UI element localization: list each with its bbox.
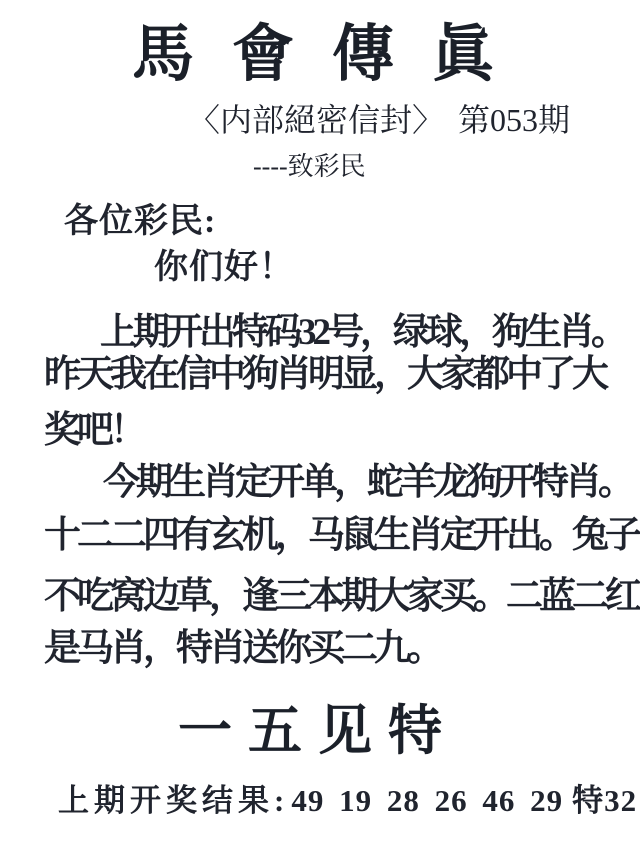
highlight-phrase: 一五见特 bbox=[178, 704, 458, 758]
body-line: 今期生肖定开单，蛇羊龙狗开特肖。 bbox=[103, 464, 631, 501]
previous-results-line: 上期开奖结果:49 19 28 26 46 29特32 bbox=[58, 785, 637, 816]
body-line: 昨天我在信中狗肖明显，大家都中了大 bbox=[44, 356, 605, 393]
body-line: 上期开出特码32号，绿球，狗生肖。 bbox=[100, 314, 624, 351]
dedication-line: ----致彩民 bbox=[253, 154, 366, 180]
subtitle-issue-number: 第053期 bbox=[458, 102, 570, 138]
body-line: 是马肖，特肖送你买二九。 bbox=[44, 630, 440, 667]
greeting-hello: 你们好！ bbox=[154, 251, 294, 285]
body-line: 不吃窝边草，逢三本期大家买。二蓝二红 bbox=[44, 578, 638, 615]
results-numbers: 49 19 28 26 46 29 bbox=[291, 783, 563, 818]
fax-page: 馬會傳眞 〈内部絕密信封〉第053期 ----致彩民 各位彩民: 你们好！ 上期… bbox=[0, 0, 640, 842]
page-title: 馬會傳眞 bbox=[132, 24, 532, 86]
results-special-number: 特32 bbox=[572, 783, 637, 818]
body-line: 奖吧！ bbox=[44, 412, 143, 449]
issue-subtitle: 〈内部絕密信封〉第053期 bbox=[188, 104, 570, 136]
subtitle-envelope-label: 〈内部絕密信封〉 bbox=[188, 102, 444, 138]
greeting-salutation: 各位彩民: bbox=[64, 205, 216, 239]
results-label: 上期开奖结果: bbox=[58, 783, 289, 818]
body-line: 十二二四有玄机，马鼠生肖定开出。兔子 bbox=[44, 517, 638, 554]
